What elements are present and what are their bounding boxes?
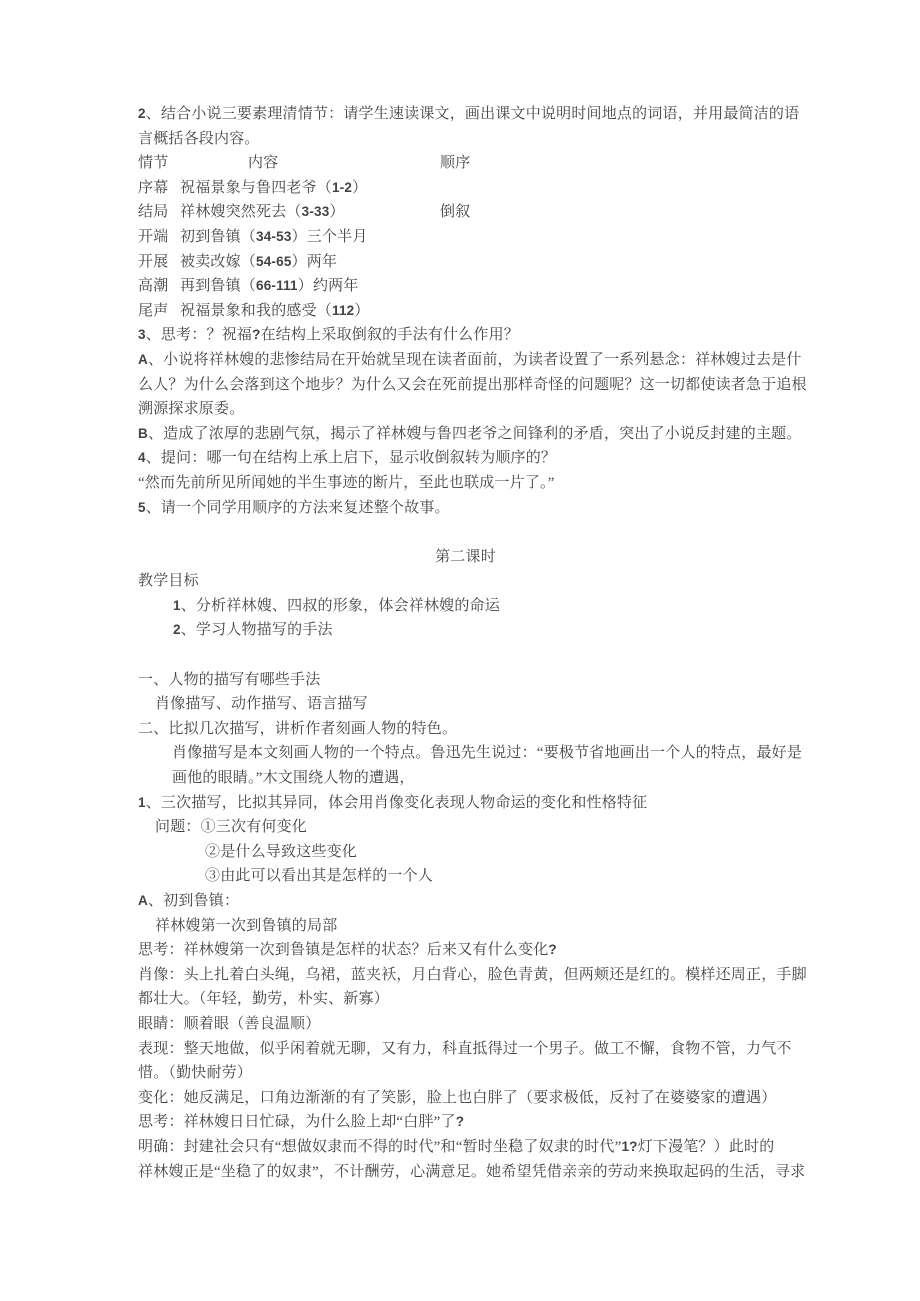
- text-line: 尾声祝福景象和我的感受（112）: [138, 299, 793, 324]
- text-segment: 表现：整天地做，似乎闲着就无聊，又有力，科直抵得过一个男子。做工不懈，食物不管，…: [138, 1037, 792, 1062]
- text-segment: 1、分析祥林嫂、四叔的形象，体会祥林嫂的命运: [173, 594, 500, 619]
- text-line: 祥林嫂正是“坐稳了的奴隶”，不计酬劳，心满意足。她希望凭借亲亲的劳动来换取起码的…: [138, 1160, 793, 1185]
- text-segment: A、初到鲁镇：: [138, 889, 239, 914]
- text-segment: 祥林嫂第一次到鲁镇的局部: [155, 914, 337, 939]
- text-segment: 惜。（勤快耐劳）: [138, 1061, 252, 1086]
- text-line: 都壮大。（年轻，勤劳，朴实、新寡）: [138, 987, 793, 1012]
- text-segment: 画他的眼睛。”木文围绕人物的遭遇，: [172, 766, 415, 791]
- text-line: A、初到鲁镇：: [138, 889, 793, 914]
- text-line: 惜。（勤快耐劳）: [138, 1061, 793, 1086]
- text-line: 画他的眼睛。”木文围绕人物的遭遇，: [138, 766, 793, 791]
- text-line: 思考：祥林嫂日日忙碌，为什么脸上却“白胖”了?: [138, 1110, 793, 1135]
- text-line: 3、思考：？祝福?在结构上采取倒叙的手法有什么作用？: [138, 323, 793, 348]
- text-line: 教学目标: [138, 569, 793, 594]
- text-segment: 都壮大。（年轻，勤劳，朴实、新寡）: [138, 987, 389, 1012]
- text-segment: 开端: [138, 225, 168, 250]
- text-segment: 肖像：头上扎着白头绳，乌裙，蓝夹袄，月白背心，脸色青黄，但两颊还是红的。模样还周…: [138, 963, 807, 988]
- text-segment: A、小说将祥林嫂的悲惨结局在开始就呈现在读者面前，为读者设置了一系列悬念：祥林嫂…: [138, 348, 802, 373]
- text-line: 1、分析祥林嫂、四叔的形象，体会祥林嫂的命运: [138, 594, 793, 619]
- text-line: 一、人物的描写有哪些手法: [138, 668, 793, 693]
- text-line: 5、请一个同学用顺序的方法来复述整个故事。: [138, 496, 793, 521]
- text-line: [138, 520, 793, 545]
- text-segment: 被卖改嫁（54-65）两年: [180, 250, 337, 275]
- text-segment: 倒叙: [440, 200, 470, 225]
- text-segment: 5、请一个同学用顺序的方法来复述整个故事。: [138, 496, 450, 521]
- text-segment: 再到鲁镇（66-111）约两年: [180, 274, 359, 299]
- text-segment: 思考：祥林嫂第一次到鲁镇是怎样的状态？后来又有什么变化?: [138, 938, 557, 963]
- text-line: 开端初到鲁镇（34-53）三个半月: [138, 225, 793, 250]
- text-line: A、小说将祥林嫂的悲惨结局在开始就呈现在读者面前，为读者设置了一系列悬念：祥林嫂…: [138, 348, 793, 373]
- text-segment: 么人？为什么会落到这个地步？为什么又会在死前提出那样奇怪的问题呢？这一切都使读者…: [138, 373, 807, 398]
- text-segment: 开展: [138, 250, 168, 275]
- text-segment: 1、三次描写，比拟其异同，体会用肖像变化表现人物命运的变化和性格特征: [138, 791, 647, 816]
- document-content: 2、结合小说三要素理清情节：请学生速读课文，画出课文中说明时间地点的词语，并用最…: [138, 102, 793, 1184]
- text-segment: 高潮: [138, 274, 168, 299]
- text-segment: 内容: [248, 151, 278, 176]
- text-segment: 二、比拟几次描写，讲析作者刻画人物的特色。: [138, 717, 457, 742]
- text-line: 表现：整天地做，似乎闲着就无聊，又有力，科直抵得过一个男子。做工不懈，食物不管，…: [138, 1037, 793, 1062]
- text-segment: 2、结合小说三要素理清情节：请学生速读课文，画出课文中说明时间地点的词语，并用最…: [138, 102, 799, 127]
- text-segment: 尾声: [138, 299, 168, 324]
- text-line: 二、比拟几次描写，讲析作者刻画人物的特色。: [138, 717, 793, 742]
- text-line: [138, 643, 793, 668]
- text-segment: 问题：①三次有何变化: [155, 815, 307, 840]
- text-line: 肖像：头上扎着白头绳，乌裙，蓝夹袄，月白背心，脸色青黄，但两颊还是红的。模样还周…: [138, 963, 793, 988]
- text-line: 序幕祝福景象与鲁四老爷（1-2）: [138, 176, 793, 201]
- text-segment: 一、人物的描写有哪些手法: [138, 668, 320, 693]
- text-segment: “然而先前所见所闻她的半生事迹的断片，至此也联成一片了。”: [138, 471, 555, 496]
- text-segment: 溯源探求原委。: [138, 397, 244, 422]
- text-segment: 明确：封建社会只有“想做奴隶而不得的时代”和“暂时坐稳了奴隶的时代”1?灯下漫笔…: [138, 1135, 774, 1160]
- text-line: 第二课时: [138, 545, 793, 570]
- text-segment: 3、思考：？祝福?在结构上采取倒叙的手法有什么作用？: [138, 323, 519, 348]
- text-segment: 祥林嫂正是“坐稳了的奴隶”，不计酬劳，心满意足。她希望凭借亲亲的劳动来换取起码的…: [138, 1160, 805, 1185]
- text-line: 肖像描写是本文刻画人物的一个特点。鲁迅先生说过：“要极节省地画出一个人的特点，最…: [138, 741, 793, 766]
- text-segment: 初到鲁镇（34-53）三个半月: [180, 225, 368, 250]
- text-line: 明确：封建社会只有“想做奴隶而不得的时代”和“暂时坐稳了奴隶的时代”1?灯下漫笔…: [138, 1135, 793, 1160]
- text-segment: B、造成了浓厚的悲剧气氛，揭示了祥林嫂与鲁四老爷之间锋利的矛盾，突出了小说反封建…: [138, 422, 802, 447]
- text-line: 1、三次描写，比拟其异同，体会用肖像变化表现人物命运的变化和性格特征: [138, 791, 793, 816]
- text-segment: 眼睛：顺着眼（善良温顺）: [138, 1012, 320, 1037]
- document-page: 2、结合小说三要素理清情节：请学生速读课文，画出课文中说明时间地点的词语，并用最…: [0, 0, 920, 1301]
- text-segment: ②是什么导致这些变化: [205, 840, 357, 865]
- text-line: 言概括各段内容。: [138, 127, 793, 152]
- text-line: 高潮再到鲁镇（66-111）约两年: [138, 274, 793, 299]
- text-segment: 肖像描写是本文刻画人物的一个特点。鲁迅先生说过：“要极节省地画出一个人的特点，最…: [172, 741, 802, 766]
- text-segment: 序幕: [138, 176, 168, 201]
- text-line: 溯源探求原委。: [138, 397, 793, 422]
- text-segment: 情节: [138, 151, 168, 176]
- text-segment: 思考：祥林嫂日日忙碌，为什么脸上却“白胖”了?: [138, 1110, 464, 1135]
- text-line: 眼睛：顺着眼（善良温顺）: [138, 1012, 793, 1037]
- text-line: 问题：①三次有何变化: [138, 815, 793, 840]
- text-line: “然而先前所见所闻她的半生事迹的断片，至此也联成一片了。”: [138, 471, 793, 496]
- text-segment: 肖像描写、动作描写、语言描写: [155, 692, 368, 717]
- text-line: 变化：她反满足，口角边渐渐的有了笑影，脸上也白胖了（要求极低，反衬了在婆婆家的遭…: [138, 1086, 793, 1111]
- text-line: 2、学习人物描写的手法: [138, 618, 793, 643]
- text-line: 思考：祥林嫂第一次到鲁镇是怎样的状态？后来又有什么变化?: [138, 938, 793, 963]
- text-line: 4、提问：哪一句在结构上承上启下，显示收倒叙转为顺序的？: [138, 446, 793, 471]
- text-segment: 言概括各段内容。: [138, 127, 260, 152]
- text-line: ③由此可以看出其是怎样的一个人: [138, 864, 793, 889]
- text-segment: 祝福景象和我的感受（112）: [180, 299, 370, 324]
- text-segment: 祥林嫂突然死去（3-33）: [180, 200, 345, 225]
- text-segment: 顺序: [440, 151, 470, 176]
- text-line: ②是什么导致这些变化: [138, 840, 793, 865]
- text-segment: 祝福景象与鲁四老爷（1-2）: [180, 176, 367, 201]
- text-line: 么人？为什么会落到这个地步？为什么又会在死前提出那样奇怪的问题呢？这一切都使读者…: [138, 373, 793, 398]
- text-line: 结局祥林嫂突然死去（3-33）倒叙: [138, 200, 793, 225]
- text-segment: 2、学习人物描写的手法: [173, 618, 333, 643]
- text-segment: 教学目标: [138, 569, 199, 594]
- text-segment: 变化：她反满足，口角边渐渐的有了笑影，脸上也白胖了（要求极低，反衬了在婆婆家的遭…: [138, 1086, 776, 1111]
- text-line: 肖像描写、动作描写、语言描写: [138, 692, 793, 717]
- text-segment: ③由此可以看出其是怎样的一个人: [205, 864, 433, 889]
- text-line: 祥林嫂第一次到鲁镇的局部: [138, 914, 793, 939]
- text-segment: 结局: [138, 200, 168, 225]
- text-line: 情节内容顺序: [138, 151, 793, 176]
- text-line: 开展被卖改嫁（54-65）两年: [138, 250, 793, 275]
- text-line: B、造成了浓厚的悲剧气氛，揭示了祥林嫂与鲁四老爷之间锋利的矛盾，突出了小说反封建…: [138, 422, 793, 447]
- text-line: 2、结合小说三要素理清情节：请学生速读课文，画出课文中说明时间地点的词语，并用最…: [138, 102, 793, 127]
- text-segment: 第二课时: [435, 549, 496, 565]
- text-segment: 4、提问：哪一句在结构上承上启下，显示收倒叙转为顺序的？: [138, 446, 556, 471]
